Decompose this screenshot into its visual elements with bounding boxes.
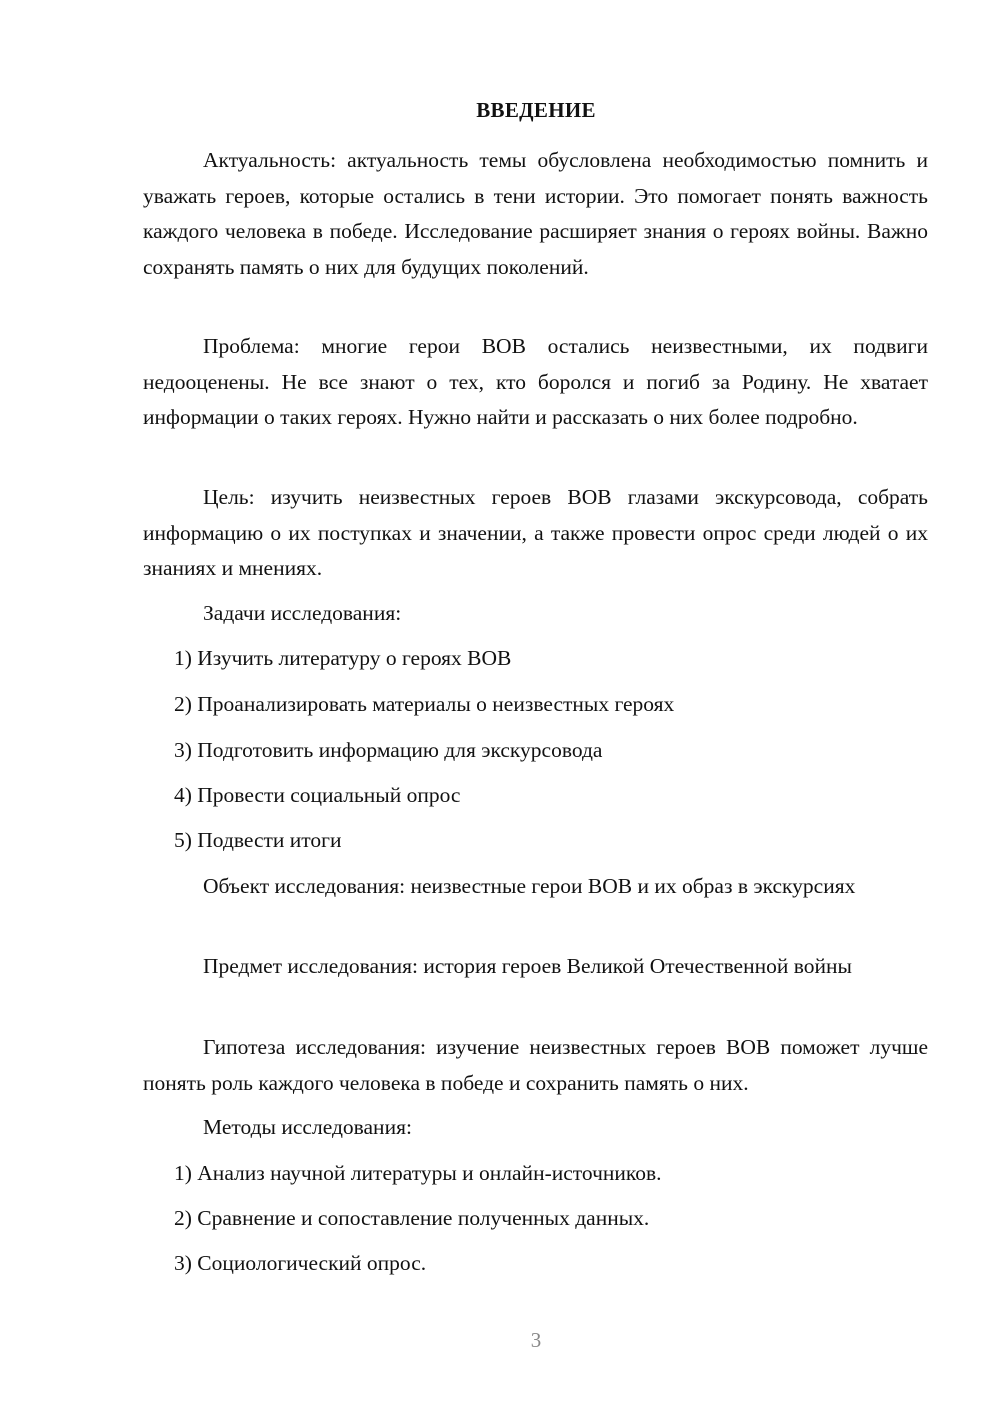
relevance-paragraph: Актуальность: актуальность темы обусловл… (143, 143, 928, 285)
task-item: 2) Проанализировать материалы о неизвест… (174, 687, 674, 723)
object-paragraph: Объект исследования: неизвестные герои В… (143, 869, 928, 905)
methods-label: Методы исследования: (203, 1110, 412, 1146)
page-number: 3 (0, 1326, 1000, 1354)
task-item: 3) Подготовить информацию для экскурсово… (174, 733, 602, 769)
method-item: 1) Анализ научной литературы и онлайн-ис… (174, 1156, 662, 1192)
task-item: 1) Изучить литературу о героях ВОВ (174, 641, 511, 677)
subject-paragraph: Предмет исследования: история героев Вел… (143, 949, 928, 985)
hypothesis-paragraph: Гипотеза исследования: изучение неизвест… (143, 1030, 928, 1101)
goal-paragraph: Цель: изучить неизвестных героев ВОВ гла… (143, 480, 928, 587)
task-item: 4) Провести социальный опрос (174, 778, 460, 814)
problem-paragraph: Проблема: многие герои ВОВ остались неиз… (143, 329, 928, 436)
task-item: 5) Подвести итоги (174, 823, 342, 859)
method-item: 3) Социологический опрос. (174, 1246, 426, 1282)
section-heading: ВВЕДЕНИЕ (0, 96, 1000, 124)
method-item: 2) Сравнение и сопоставление полученных … (174, 1201, 649, 1237)
tasks-label: Задачи исследования: (203, 596, 401, 632)
document-page: ВВЕДЕНИЕ Актуальность: актуальность темы… (0, 0, 1000, 1414)
